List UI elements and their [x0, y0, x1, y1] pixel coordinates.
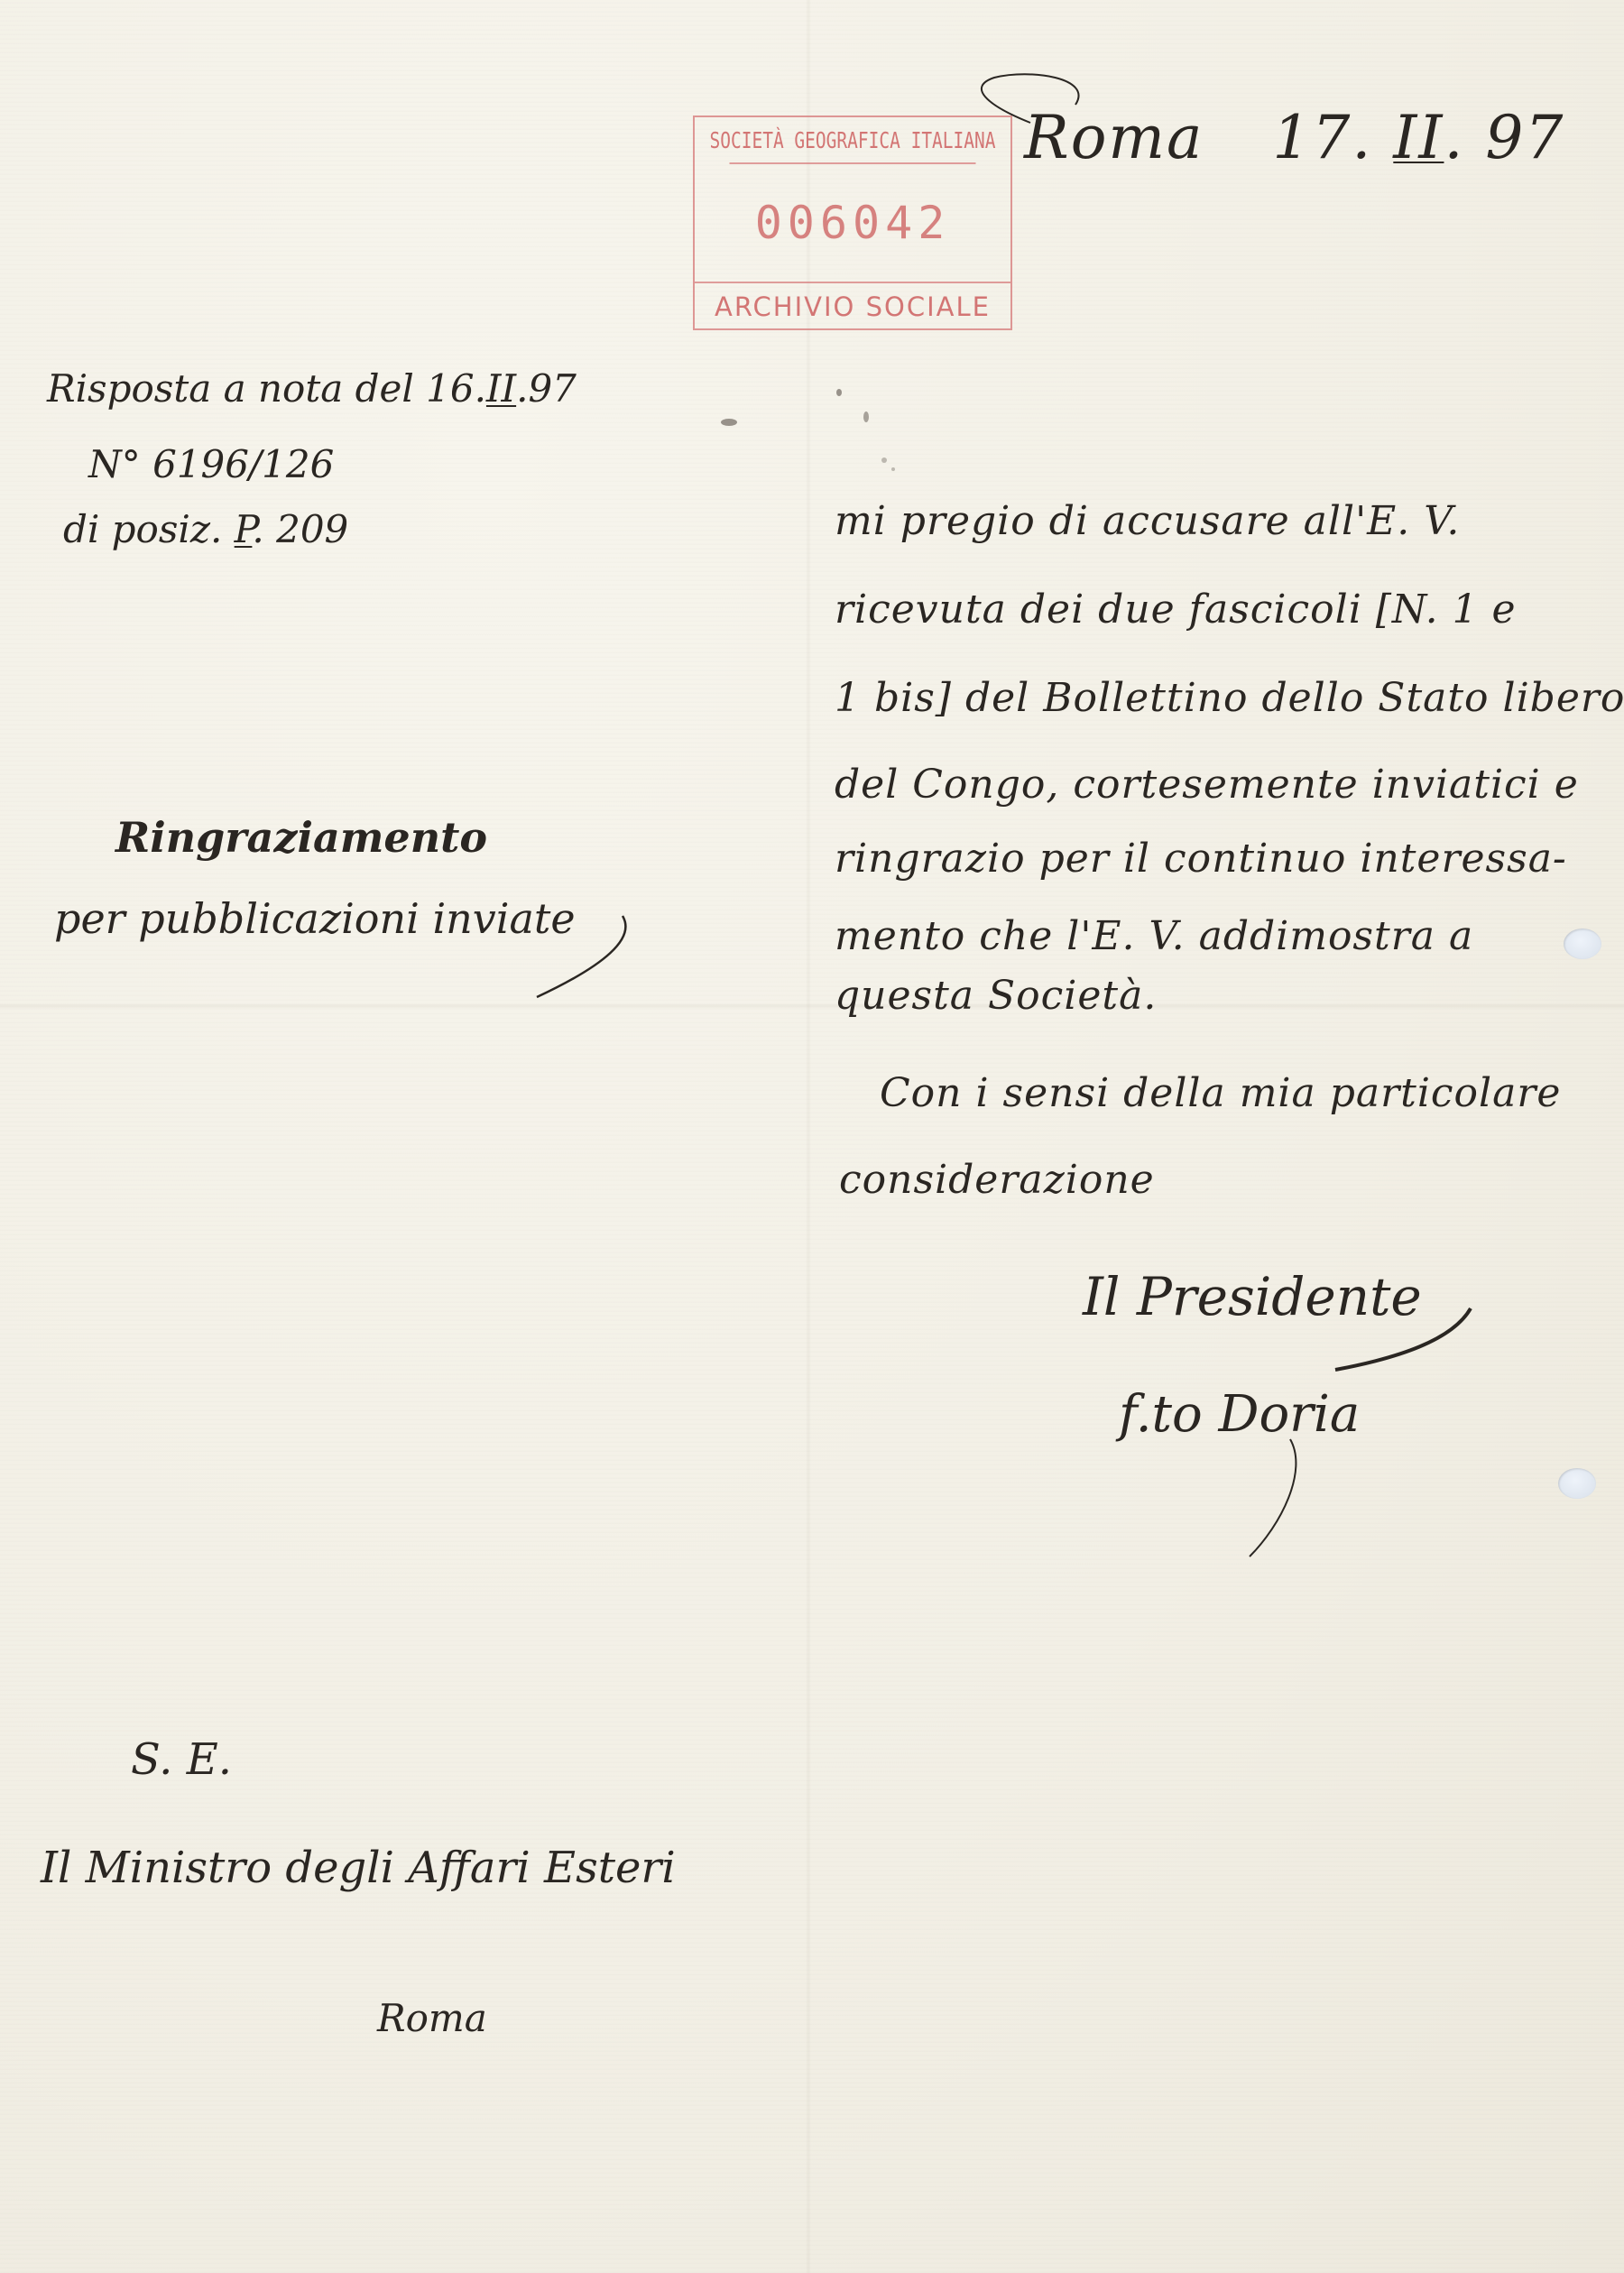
body-line-6: mento che l'E. V. addimostra a: [835, 917, 1473, 956]
recipient-name: Il Ministro degli Affari Esteri: [41, 1846, 676, 1890]
stamp-header: SOCIETÀ GEOGRAFICA ITALIANA: [730, 117, 976, 164]
punch-hole-upper: [1564, 929, 1601, 959]
position-prefix: di posiz.: [63, 507, 235, 551]
subject-flourish-icon: [532, 911, 650, 1002]
closing-line-1: Con i sensi della mia particolare: [880, 1074, 1561, 1113]
place-date: Roma 17. II. 97: [1024, 108, 1564, 168]
date-day: 17.: [1272, 103, 1372, 172]
body-line-7: questa Società.: [835, 976, 1157, 1016]
subject-line-2: per pubblicazioni inviate: [54, 898, 576, 939]
signature-flourish-icon: [1245, 1435, 1317, 1561]
recipient-salutation: S. E.: [131, 1738, 232, 1781]
vertical-fold-line: [806, 0, 811, 2273]
date-year: . 97: [1444, 103, 1564, 172]
reference-year: .97: [516, 366, 577, 411]
body-line-5: ringrazio per il continuo interessa-: [835, 839, 1567, 879]
reference-line-1: Risposta a nota del 16.II.97: [47, 370, 577, 408]
position-number: . 209: [252, 507, 348, 551]
body-line-3: 1 bis] del Bollettino dello Stato libero: [835, 679, 1624, 718]
paper-background: [0, 0, 1624, 2273]
punch-hole-lower: [1558, 1468, 1596, 1499]
subject-line-1: Ringraziamento: [115, 817, 487, 858]
recipient-city: Roma: [377, 2000, 487, 2037]
position-code: P: [235, 507, 253, 551]
stamp-footer: ARCHIVIO SOCIALE: [695, 282, 1010, 330]
horizontal-fold-line: [0, 1003, 1624, 1009]
body-line-2: ricevuta dei due fascicoli [N. 1 e: [835, 590, 1517, 630]
reference-prefix: Risposta a nota del 16.: [47, 366, 486, 411]
reference-line-2: N° 6196/126: [88, 446, 334, 484]
stamp-number: 006042: [695, 164, 1010, 282]
signature-title-flourish-icon: [1317, 1299, 1480, 1372]
date-month: II: [1393, 103, 1444, 172]
reference-month: II: [486, 366, 516, 411]
signature-name: f.to Doria: [1119, 1390, 1360, 1440]
reference-line-3: di posiz. P. 209: [63, 511, 348, 549]
ink-spots: [704, 370, 920, 505]
closing-line-2: considerazione: [839, 1160, 1155, 1200]
archive-stamp: SOCIETÀ GEOGRAFICA ITALIANA 006042 ARCHI…: [693, 115, 1012, 330]
body-line-4: del Congo, cortesemente inviatici e: [835, 765, 1579, 805]
body-line-1: mi pregio di accusare all'E. V.: [835, 502, 1460, 541]
date-place: Roma: [1024, 103, 1204, 172]
